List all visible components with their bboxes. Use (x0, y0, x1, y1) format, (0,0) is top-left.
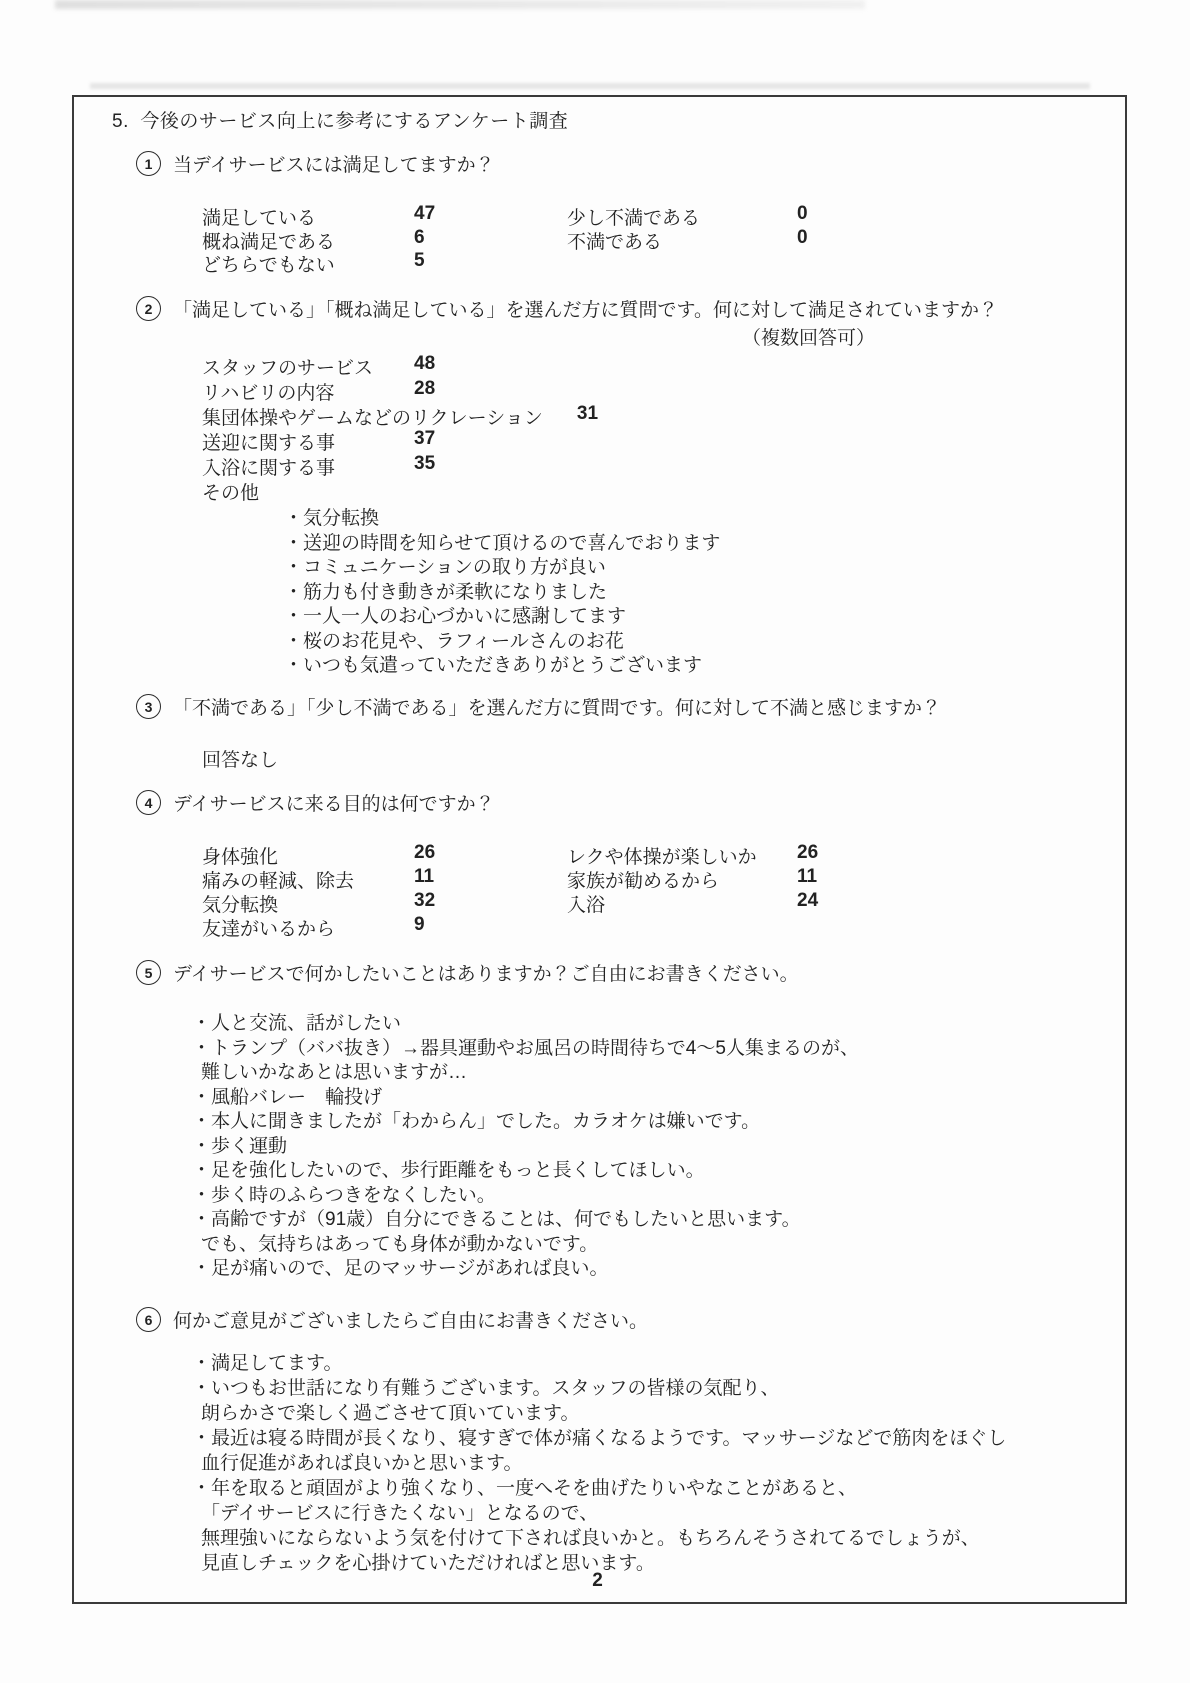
question-2-other-comments: ・気分転換 ・送迎の時間を知らせて頂けるので喜んでおります ・コミュニケーション… (284, 503, 720, 675)
answer-count: 48 (414, 353, 435, 378)
question-6-heading: 6 何かご意見がございましたらご自由にお書きください。 (136, 1306, 648, 1333)
question-2-heading: 2 「満足している」「概ね満足している」を選んだ方に質問です。何に対して満足され… (136, 295, 998, 322)
comment-line: 血行促進があれば良いかと思います。 (192, 1448, 1006, 1473)
result-row: リハビリの内容 28 (202, 378, 598, 403)
section-title: 5. 今後のサービス向上に参考にするアンケート調査 (112, 106, 568, 133)
answer-label: 痛みの軽減、除去 (202, 866, 414, 890)
question-3-heading: 3 「不満である」「少し不満である」を選んだ方に質問です。何に対して不満と感じま… (136, 693, 941, 720)
circled-number-1: 1 (136, 151, 161, 176)
question-4-results: 身体強化 26 レクや体操が楽しいか 26 痛みの軽減、除去 11 家族が勧める… (202, 842, 818, 938)
comment-line: ・風船バレー 輪投げ (192, 1082, 859, 1107)
answer-label: 家族が勧めるから (567, 866, 797, 890)
answer-count: 9 (414, 914, 567, 938)
result-row: その他 (202, 478, 598, 503)
answer-count: 37 (414, 428, 435, 453)
comment-line: ・年を取ると頑固がより強くなり、一度へそを曲げたりいやなことがあると、 (192, 1473, 1006, 1498)
question-1-results: 満足している 47 少し不満である 0 概ね満足である 6 不満である 0 どち… (202, 203, 808, 274)
result-row: 集団体操やゲームなどのリクレーション 31 (202, 403, 598, 428)
answer-count: 24 (797, 890, 818, 914)
answer-count: 0 (797, 203, 808, 227)
answer-count: 26 (797, 842, 818, 866)
comment-line: ・コミュニケーションの取り方が良い (284, 552, 720, 577)
comment-line: ・いつもお世話になり有難うございます。スタッフの皆様の気配り、 (192, 1373, 1006, 1398)
page-number: 2 (72, 1570, 1123, 1592)
result-row: 痛みの軽減、除去 11 家族が勧めるから 11 (202, 866, 818, 890)
comment-line: ・足を強化したいので、歩行距離をもっと長くしてほしい。 (192, 1155, 859, 1180)
comment-line: ・桜のお花見や、ラフィールさんのお花 (284, 626, 720, 651)
comment-line: ・トランプ（ババ抜き）→器具運動やお風呂の時間待ちで4～5人集まるのが、 (192, 1033, 859, 1058)
question-5-heading: 5 デイサービスで何かしたいことはありますか？ご自由にお書きください。 (136, 959, 799, 986)
comment-line: 「デイサービスに行きたくない」となるので、 (192, 1498, 1006, 1523)
comment-line: ・気分転換 (284, 503, 720, 528)
comment-line: 無理強いにならないよう気を付けて下されば良いかと。もちろんそうされてるでしょうが… (192, 1523, 1006, 1548)
result-row: 友達がいるから 9 (202, 914, 818, 938)
result-row: どちらでもない 5 (202, 250, 808, 274)
question-3-text: 「不満である」「少し不満である」を選んだ方に質問です。何に対して不満と感じますか… (173, 693, 941, 720)
circled-number-3: 3 (136, 694, 161, 719)
result-row: 送迎に関する事 37 (202, 428, 598, 453)
answer-count: 47 (414, 203, 567, 227)
question-1-text: 当デイサービスには満足してますか？ (173, 150, 495, 177)
question-2-text: 「満足している」「概ね満足している」を選んだ方に質問です。何に対して満足されてい… (173, 295, 998, 322)
question-3-answer: 回答なし (202, 745, 278, 772)
question-4-text: デイサービスに来る目的は何ですか？ (173, 789, 495, 816)
comment-line: ・人と交流、話がしたい (192, 1008, 859, 1033)
question-1-heading: 1 当デイサービスには満足してますか？ (136, 150, 495, 177)
comment-line: ・送迎の時間を知らせて頂けるので喜んでおります (284, 528, 720, 553)
answer-count: 6 (414, 227, 567, 251)
answer-label: 気分転換 (202, 890, 414, 914)
comment-line: ・歩く時のふらつきをなくしたい。 (192, 1180, 859, 1205)
question-5-comments: ・人と交流、話がしたい ・トランプ（ババ抜き）→器具運動やお風呂の時間待ちで4～… (192, 1008, 859, 1278)
comment-line: でも、気持ちはあっても身体が動かないです。 (192, 1229, 859, 1254)
answer-count: 31 (577, 403, 598, 428)
question-6-text: 何かご意見がございましたらご自由にお書きください。 (173, 1306, 648, 1333)
scan-artifact-top (55, 0, 865, 9)
comment-line: 難しいかなあとは思いますが… (192, 1057, 859, 1082)
other-label: その他 (202, 478, 414, 503)
circled-number-5: 5 (136, 960, 161, 985)
answer-count: 5 (414, 250, 567, 274)
result-row: 入浴に関する事 35 (202, 453, 598, 478)
answer-count: 26 (414, 842, 567, 866)
scanned-survey-page: 5. 今後のサービス向上に参考にするアンケート調査 1 当デイサービスには満足し… (0, 0, 1190, 1683)
question-2-results: スタッフのサービス 48 リハビリの内容 28 集団体操やゲームなどのリクレーシ… (202, 353, 598, 503)
question-6-comments: ・満足してます。 ・いつもお世話になり有難うございます。スタッフの皆様の気配り、… (192, 1348, 1006, 1573)
question-2-note: （複数回答可） (742, 323, 875, 350)
comment-line: ・一人一人のお心づかいに感謝してます (284, 601, 720, 626)
result-row: 身体強化 26 レクや体操が楽しいか 26 (202, 842, 818, 866)
comment-line: ・最近は寝る時間が長くなり、寝すぎで体が痛くなるようです。マッサージなどで筋肉を… (192, 1423, 1006, 1448)
circled-number-2: 2 (136, 296, 161, 321)
answer-label: 入浴に関する事 (202, 453, 414, 478)
question-5-text: デイサービスで何かしたいことはありますか？ご自由にお書きください。 (173, 959, 799, 986)
answer-label: リハビリの内容 (202, 378, 414, 403)
answer-count: 0 (797, 227, 808, 251)
question-4-heading: 4 デイサービスに来る目的は何ですか？ (136, 789, 495, 816)
answer-label: レクや体操が楽しいか (567, 842, 797, 866)
result-row: 概ね満足である 6 不満である 0 (202, 227, 808, 251)
comment-line: ・いつも気遣っていただきありがとうございます (284, 650, 720, 675)
answer-count: 11 (414, 866, 567, 890)
circled-number-6: 6 (136, 1307, 161, 1332)
comment-line: ・高齢ですが（91歳）自分にできることは、何でもしたいと思います。 (192, 1204, 859, 1229)
comment-line: ・本人に聞きましたが「わからん」でした。カラオケは嫌いです。 (192, 1106, 859, 1131)
answer-count: 35 (414, 453, 435, 478)
result-row: 気分転換 32 入浴 24 (202, 890, 818, 914)
comment-line: ・足が痛いので、足のマッサージがあれば良い。 (192, 1253, 859, 1278)
answer-count: 32 (414, 890, 567, 914)
answer-label: 身体強化 (202, 842, 414, 866)
circled-number-4: 4 (136, 790, 161, 815)
answer-label: 集団体操やゲームなどのリクレーション (202, 403, 577, 428)
answer-label: 少し不満である (567, 203, 797, 227)
answer-label: 送迎に関する事 (202, 428, 414, 453)
answer-label: 入浴 (567, 890, 797, 914)
result-row: スタッフのサービス 48 (202, 353, 598, 378)
comment-line: ・満足してます。 (192, 1348, 1006, 1373)
answer-label: 友達がいるから (202, 914, 414, 938)
page-border-box: 5. 今後のサービス向上に参考にするアンケート調査 1 当デイサービスには満足し… (72, 95, 1127, 1604)
comment-line: 朗らかさで楽しく過ごさせて頂いています。 (192, 1398, 1006, 1423)
scan-artifact-band (90, 83, 1090, 89)
answer-label: スタッフのサービス (202, 353, 414, 378)
answer-label: 概ね満足である (202, 227, 414, 251)
comment-line: ・筋力も付き動きが柔軟になりました (284, 577, 720, 602)
answer-count: 28 (414, 378, 435, 403)
comment-line: ・歩く運動 (192, 1131, 859, 1156)
answer-label: 不満である (567, 227, 797, 251)
answer-label: 満足している (202, 203, 414, 227)
result-row: 満足している 47 少し不満である 0 (202, 203, 808, 227)
answer-count: 11 (797, 866, 817, 890)
answer-label: どちらでもない (202, 250, 414, 274)
